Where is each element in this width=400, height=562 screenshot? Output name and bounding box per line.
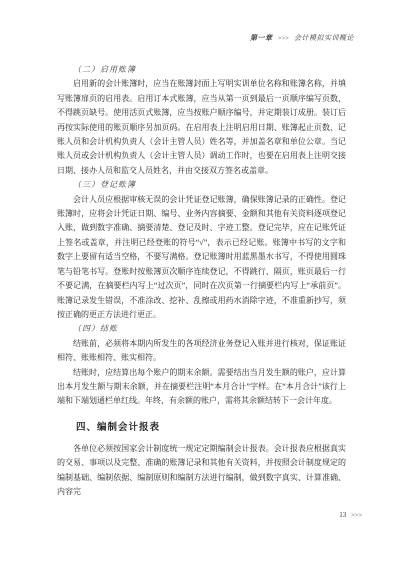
page-number: 13 — [339, 511, 346, 519]
subheading-register-account-books: （三）登记账簿 — [57, 178, 346, 192]
header-arrows-icon: >>> — [278, 35, 289, 42]
footer-arrows-icon: >>> — [351, 512, 362, 519]
paragraph-register-account-books: 会计人员应根据审核无误的会计凭证登记账簿，确保账簿记录的正确性。登记账簿时，应将… — [57, 193, 346, 323]
section-heading-prepare-reports: 四、编制会计报表 — [57, 420, 346, 435]
chapter-label: 第一章 — [250, 34, 273, 42]
paragraph-closing-accounts-2: 结账时，应结算出每个账户的期末余额。需要结出当月发生额的账户，应计算出本月发生额… — [57, 366, 346, 409]
subheading-closing-accounts: （四）结账 — [57, 322, 346, 336]
chapter-title: 会计模拟实训概论 — [294, 34, 354, 42]
document-page: 第一章 >>> 会计模拟实训概论 （二）启用账簿 启用新的会计账簿时，应当在账簿… — [0, 0, 400, 562]
paragraph-closing-accounts-1: 结账前，必须将本期内所发生的各项经济业务登记入账并进行核对，保证账证相符、账账相… — [57, 337, 346, 366]
page-footer: 13 >>> — [339, 511, 362, 519]
paragraph-enable-account-books: 启用新的会计账簿时，应当在账簿封面上写明实训单位名称和账簿名称，并填写账簿扉页的… — [57, 77, 346, 178]
document-body: （二）启用账簿 启用新的会计账簿时，应当在账簿封面上写明实训单位名称和账簿名称，… — [57, 63, 346, 499]
subheading-enable-account-books: （二）启用账簿 — [57, 63, 346, 77]
paragraph-prepare-reports: 各单位必须按国家会计制度统一规定定期编制会计报表。会计报表应根据真实的交易、事项… — [57, 442, 346, 500]
page-header: 第一章 >>> 会计模拟实训概论 — [250, 33, 354, 43]
